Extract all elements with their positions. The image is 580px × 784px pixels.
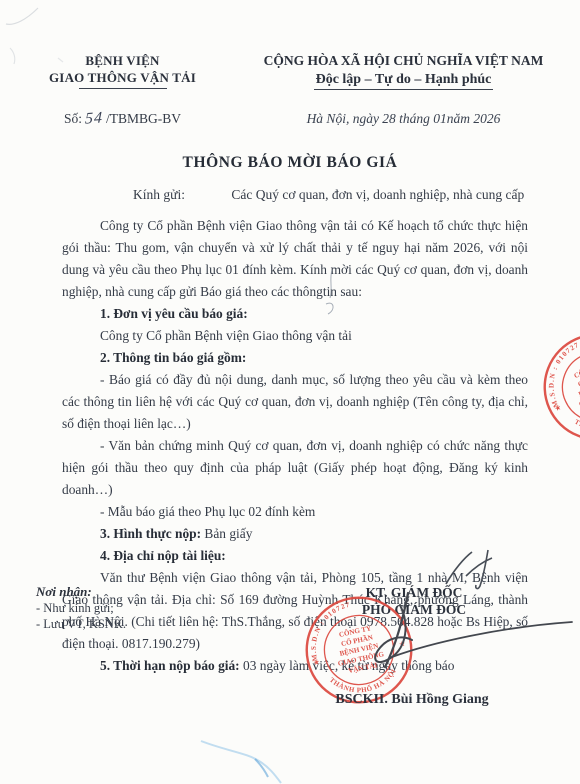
section-3-line: 3. Hình thực nộp: Bản giấy [62, 523, 528, 545]
org-name-line1: BỆNH VIỆN [0, 52, 245, 69]
section-2-bullet-3: - Mẫu báo giá theo Phụ lục 02 đính kèm [62, 501, 528, 523]
org-name-line2: GIAO THÔNG VẬN TẢI [0, 69, 245, 86]
doc-number-label: Số: [64, 111, 82, 126]
place-date-line: Hà Nội, ngày 28 tháng 01năm 2026 [307, 111, 501, 126]
section-3-heading: 3. Hình thực nộp: [100, 526, 201, 541]
org-underline [79, 88, 167, 89]
section-3-body: Bản giấy [204, 526, 252, 541]
section-2-heading: 2. Thông tin báo giá gồm: [62, 347, 528, 369]
section-1-heading: 1. Đơn vị yêu cầu báo giá: [62, 303, 528, 325]
document-title: THÔNG BÁO MỜI BÁO GIÁ [0, 154, 580, 172]
recipients-block: Nơi nhận: - Như kính gửi; - Lưu VT, KSNK… [36, 584, 126, 632]
handwritten-signature [300, 585, 580, 695]
doc-number-suffix: /TBMBG-BV [106, 111, 181, 126]
salutation-label: Kính gửi: [133, 187, 188, 203]
signer-name: BSCKII. Bùi Hồng Giang [292, 692, 532, 708]
document-number: Số:54/TBMBG-BV [64, 111, 181, 126]
salutation-line: Kính gửi: Các Quý cơ quan, đơn vị, doanh… [0, 187, 580, 203]
document-header: BỆNH VIỆN GIAO THÔNG VẬN TẢI CỘNG HÒA XÃ… [0, 52, 580, 90]
national-motto: Độc lập – Tự do – Hạnh phúc [314, 71, 494, 90]
intro-paragraph: Công ty Cổ phần Bệnh viện Giao thông vận… [62, 215, 528, 303]
scan-artifact-blue-curve [195, 733, 290, 784]
recipients-label: Nơi nhận: [36, 584, 126, 600]
salutation-value: Các Quý cơ quan, đơn vị, doanh nghiệp, n… [231, 187, 524, 202]
section-5-heading: 5. Thời hạn nộp báo giá: [100, 658, 240, 673]
section-2-bullet-1: - Báo giá có đầy đủ nội dung, danh mục, … [62, 369, 528, 435]
section-1-body: Công ty Cổ phần Bệnh viện Giao thông vận… [62, 325, 528, 347]
doc-number-handwritten: 54 [82, 109, 107, 129]
stamp-center-line1: CÔNG TY [573, 360, 580, 381]
recipient-item-1: - Như kính gửi; [36, 600, 126, 616]
section-2-bullet-2: - Văn bản chứng minh Quý cơ quan, đơn vị… [62, 435, 528, 501]
scanned-document-page: BỆNH VIỆN GIAO THÔNG VẬN TẢI CỘNG HÒA XÃ… [0, 0, 580, 784]
stamp-star-left-icon: ★ [553, 402, 563, 413]
national-title: CỘNG HÒA XÃ HỘI CHỦ NGHĨA VIỆT NAM [245, 52, 562, 69]
recipient-item-2: - Lưu VT, KSNK. [36, 616, 126, 632]
partial-red-stamp-edge: M.S.D.N : 010727 THÀNH PHỐ HÀ NỘI ★ CÔNG… [523, 313, 580, 461]
